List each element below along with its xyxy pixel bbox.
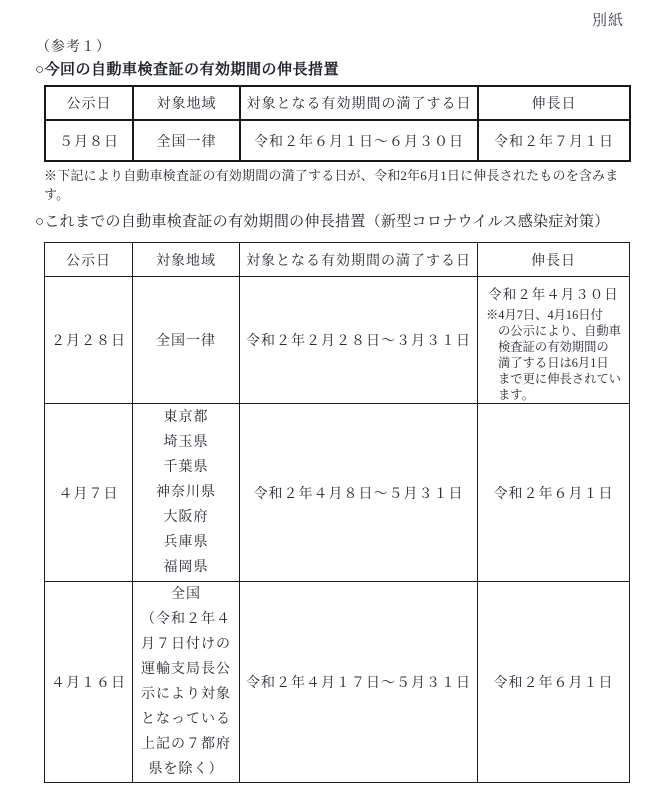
current-table-footnote: ※下記により自動車検査証の有効期間の満了する日が、令和2年6月1日に伸長されたも… — [44, 165, 636, 203]
header-expiry-period: 対象となる有効期間の満了する日 — [240, 243, 478, 277]
cell-target-region: 全国 （令和２年４ 月７日付けの 運輸支局長公 示により対象 となっている 上記… — [133, 582, 240, 783]
cell-publication-date: ５月８日 — [45, 120, 133, 161]
cell-publication-date: ４月７日 — [45, 404, 133, 582]
cell-publication-date: ２月２８日 — [45, 277, 133, 404]
table-header-row: 公示日 対象地域 対象となる有効期間の満了する日 伸長日 — [45, 243, 630, 277]
table-row: ４月１６日 全国 （令和２年４ 月７日付けの 運輸支局長公 示により対象 となっ… — [45, 582, 630, 783]
previous-extension-table: 公示日 対象地域 対象となる有効期間の満了する日 伸長日 ２月２８日 全国一律 … — [44, 242, 630, 783]
header-target-region: 対象地域 — [133, 243, 240, 277]
header-extension-date: 伸長日 — [478, 86, 630, 120]
cell-target-region: 東京都 埼玉県 千葉県 神奈川県 大阪府 兵庫県 福岡県 — [133, 404, 240, 582]
cell-target-region: 全国一律 — [133, 120, 240, 161]
cell-expiry-period: 令和２年６月１日～６月３０日 — [240, 120, 478, 161]
cell-target-region: 全国一律 — [133, 277, 240, 404]
cell-expiry-period: 令和２年４月８日～５月３１日 — [240, 404, 478, 582]
corner-label: 別紙 — [592, 9, 624, 30]
cell-extension-date: 令和２年６月１日 — [478, 582, 630, 783]
reference-label: （参考１） — [36, 36, 111, 56]
cell-extension-date: 令和２年６月１日 — [478, 404, 630, 582]
document-page: 別紙 （参考１） ○今回の自動車検査証の有効期間の伸長措置 公示日 対象地域 対… — [0, 0, 672, 800]
cell-expiry-period: 令和２年２月２８日～３月３１日 — [240, 277, 478, 404]
header-publication-date: 公示日 — [45, 243, 133, 277]
section-current-heading: ○今回の自動車検査証の有効期間の伸長措置 — [35, 58, 339, 79]
extension-date: 令和２年４月３０日 — [486, 283, 621, 303]
header-expiry-period: 対象となる有効期間の満了する日 — [240, 86, 478, 120]
cell-publication-date: ４月１６日 — [45, 582, 133, 783]
header-publication-date: 公示日 — [45, 86, 133, 120]
table-header-row: 公示日 対象地域 対象となる有効期間の満了する日 伸長日 — [45, 86, 630, 120]
table-row: ４月７日 東京都 埼玉県 千葉県 神奈川県 大阪府 兵庫県 福岡県 令和２年４月… — [45, 404, 630, 582]
table-row: ５月８日 全国一律 令和２年６月１日～６月３０日 令和２年７月１日 — [45, 120, 630, 161]
extension-note: ※4月7日、4月16日付 の公示により、自動車 検査証の有効期間の 満了する日は… — [486, 307, 621, 403]
cell-expiry-period: 令和２年４月１７日～５月３１日 — [240, 582, 478, 783]
header-extension-date: 伸長日 — [478, 243, 630, 277]
table-row: ２月２８日 全国一律 令和２年２月２８日～３月３１日 令和２年４月３０日 ※4月… — [45, 277, 630, 404]
cell-extension-date: 令和２年７月１日 — [478, 120, 630, 161]
current-extension-table: 公示日 対象地域 対象となる有効期間の満了する日 伸長日 ５月８日 全国一律 令… — [44, 85, 631, 162]
header-target-region: 対象地域 — [133, 86, 240, 120]
section-previous-heading: ○これまでの自動車検査証の有効期間の伸長措置（新型コロナウイルス感染症対策） — [35, 210, 610, 231]
cell-extension-date-with-note: 令和２年４月３０日 ※4月7日、4月16日付 の公示により、自動車 検査証の有効… — [478, 277, 630, 404]
